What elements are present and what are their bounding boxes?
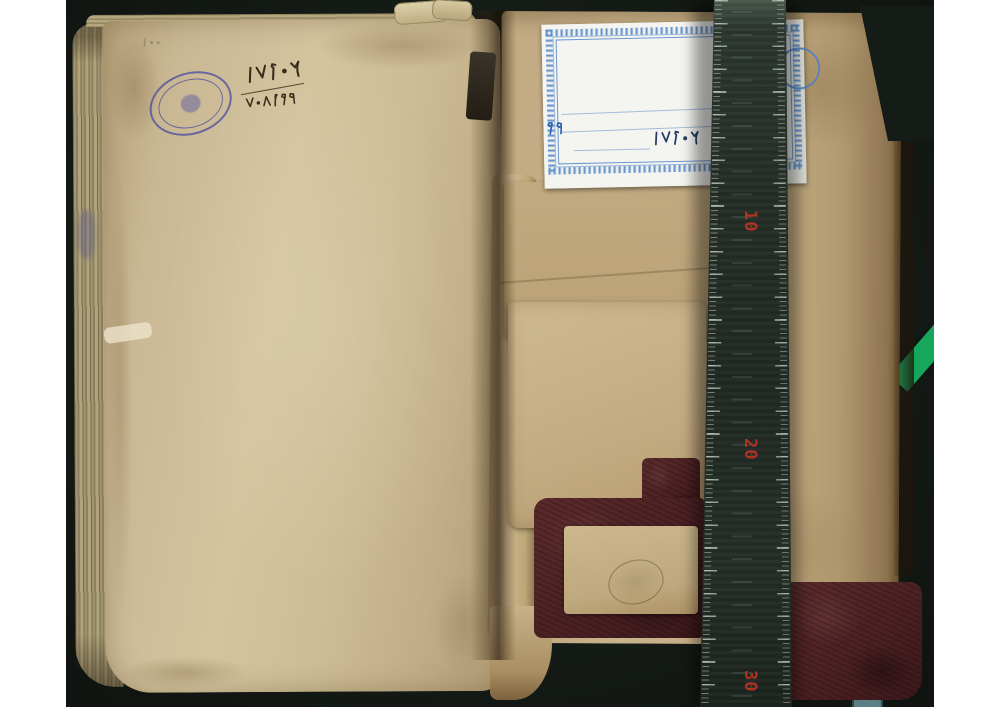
ruler-number-20: 20 bbox=[730, 438, 760, 460]
label-edge-number-left bbox=[541, 120, 563, 142]
manuscript-photo: 10 20 30 bbox=[66, 0, 934, 707]
left-page bbox=[72, 13, 504, 693]
cover-edge-shadow bbox=[894, 136, 914, 576]
spine-leather-fragment bbox=[466, 51, 497, 121]
left-page-surface bbox=[102, 19, 504, 693]
edge-ink-smudge bbox=[77, 209, 95, 259]
main-text-tail bbox=[226, 423, 503, 538]
stamped-patch-word bbox=[619, 525, 681, 555]
ruler-etched-marks bbox=[732, 11, 752, 707]
ink-oval-stamp bbox=[603, 553, 669, 611]
ruler-number-30: 30 bbox=[730, 670, 760, 692]
bookmark-tab-fold bbox=[432, 0, 473, 21]
label-title-text bbox=[554, 47, 712, 72]
paper-patch-stamped bbox=[564, 526, 698, 614]
accession-number-top bbox=[239, 59, 303, 92]
pencil-note bbox=[138, 35, 162, 54]
leather-cover-corner bbox=[786, 582, 922, 700]
ruler-number-10: 10 bbox=[730, 210, 760, 232]
